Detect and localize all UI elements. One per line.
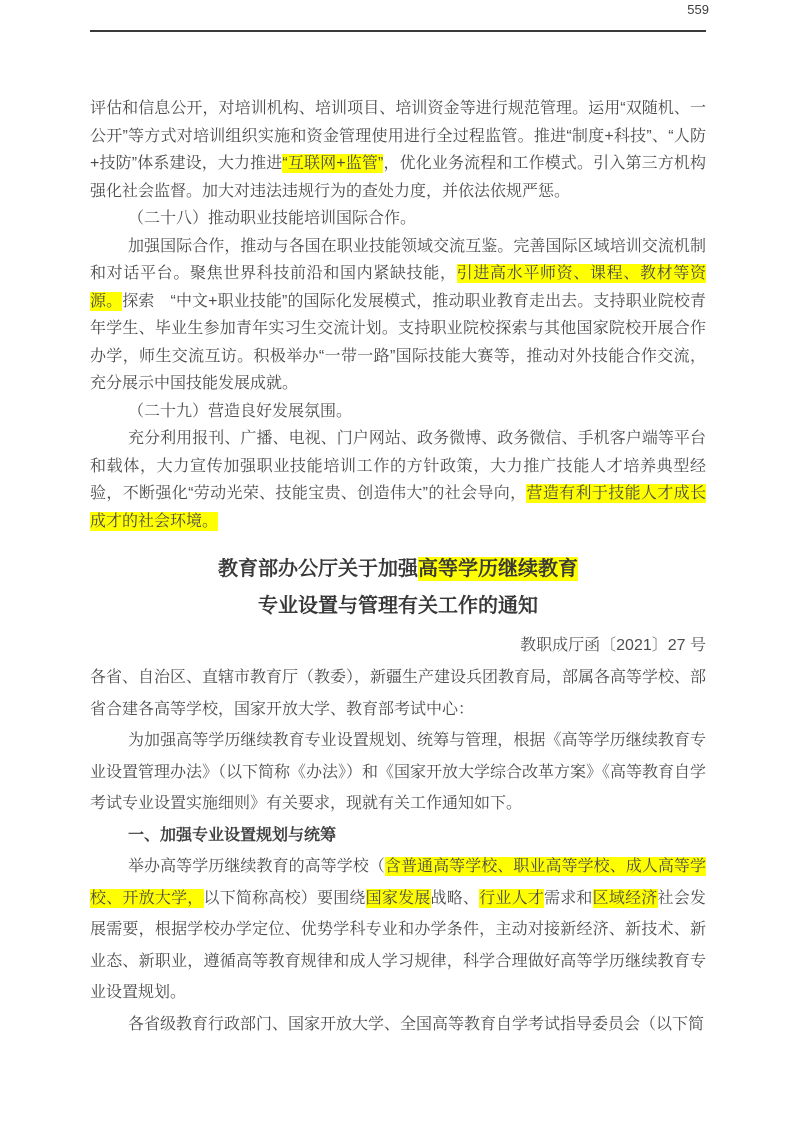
highlighted-text: 区域经济	[593, 889, 658, 908]
para-authorities: 各省级教育行政部门、国家开放大学、全国高等教育自学考试指导委员会（以下简	[90, 1009, 706, 1041]
para-continued: 评估和信息公开，对培训机构、培训项目、培训资金等进行规范管理。运用“双随机、一公…	[90, 95, 706, 205]
header-rule	[90, 30, 706, 32]
page-number: 559	[687, 2, 709, 17]
lower-document-section: 各省、自治区、直辖市教育厅（教委），新疆生产建设兵团教育局，部属各高等学校、部省…	[90, 662, 706, 1040]
text-run: 一、加强专业设置规划与统筹	[128, 827, 336, 844]
text-run: （二十九）营造良好发展氛围。	[128, 403, 352, 420]
text-run: 以下简称高校）要围绕	[204, 890, 366, 907]
para-international: 加强国际合作，推动与各国在职业技能领域交流互鉴。完善国际区域培训交流机制和对话平…	[90, 233, 706, 398]
notice-title: 教育部办公厅关于加强高等学历继续教育 专业设置与管理有关工作的通知	[90, 551, 706, 625]
para-item-29: （二十九）营造良好发展氛围。	[90, 398, 706, 426]
text-run: 各省、自治区、直辖市教育厅（教委），新疆生产建设兵团教育局，部属各高等学校、部省…	[90, 669, 706, 718]
para-item-28: （二十八）推动职业技能培训国际合作。	[90, 205, 706, 233]
highlighted-text: “互联网+监管”	[282, 154, 383, 173]
page-content: 评估和信息公开，对培训机构、培训项目、培训资金等进行规范管理。运用“双随机、一公…	[0, 95, 793, 1040]
highlighted-text: 高等学历继续教育	[418, 557, 578, 581]
text-run: 需求和	[544, 890, 593, 907]
para-publicity: 充分利用报刊、广播、电视、门户网站、政务微博、政务微信、手机客户端等平台和载体，…	[90, 425, 706, 535]
text-run: 战略、	[431, 890, 480, 907]
text-run: 教育部办公厅关于加强	[218, 558, 418, 580]
heading-section-1: 一、加强专业设置规划与统筹	[90, 820, 706, 852]
para-purpose: 为加强高等学历继续教育专业设置规划、统筹与管理，根据《高等学历继续教育专业设置管…	[90, 725, 706, 820]
document-number: 教职成厅函〔2021〕27 号	[90, 634, 706, 658]
notice-title-line-2: 专业设置与管理有关工作的通知	[90, 588, 706, 625]
text-run: （二十八）推动职业技能培训国际合作。	[128, 210, 416, 227]
text-run: 为加强高等学历继续教育专业设置规划、统筹与管理，根据《高等学历继续教育专业设置管…	[90, 732, 706, 812]
upper-document-section: 评估和信息公开，对培训机构、培训项目、培训资金等进行规范管理。运用“双随机、一公…	[90, 95, 706, 535]
document-page: 559 评估和信息公开，对培训机构、培训项目、培训资金等进行规范管理。运用“双随…	[0, 0, 793, 1122]
text-run: 探索 “中文+职业技能”的国际化发展模式，推动职业教育走出去。支持职业院校青年学…	[90, 293, 706, 393]
para-recipients: 各省、自治区、直辖市教育厅（教委），新疆生产建设兵团教育局，部属各高等学校、部省…	[90, 662, 706, 725]
highlighted-text: 行业人才	[479, 889, 544, 908]
notice-title-line-1: 教育部办公厅关于加强高等学历继续教育	[90, 551, 706, 588]
text-run: 举办高等学历继续教育的高等学校（	[128, 858, 385, 875]
para-school-planning: 举办高等学历继续教育的高等学校（含普通高等学校、职业高等学校、成人高等学校、开放…	[90, 851, 706, 1009]
text-run: 各省级教育行政部门、国家开放大学、全国高等教育自学考试指导委员会（以下简	[128, 1016, 704, 1033]
highlighted-text: 国家发展	[366, 889, 431, 908]
